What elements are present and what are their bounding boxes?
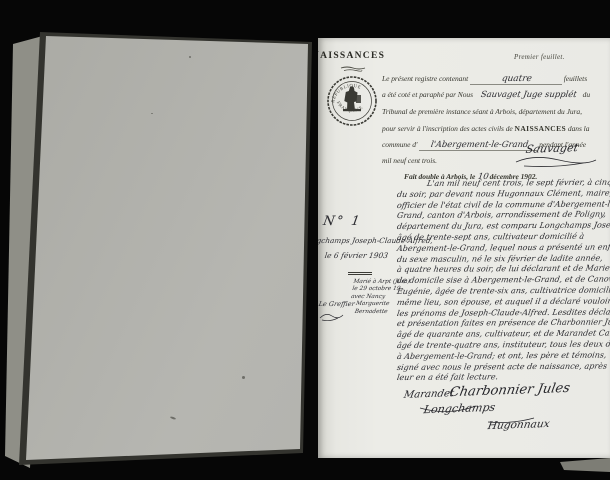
form-line-2: a été coté et paraphé par Nous Sauvaget … [382,90,590,100]
form-line-2-text: a été coté et paraphé par Nous [382,90,473,99]
paper-speck [242,376,245,379]
act-line: Abergement-le-Grand, lequel nous a prése… [396,242,610,254]
margin-clerk-label: Le Greffier [318,300,355,308]
folio-count-handwritten: quatre [501,74,532,84]
judge-name-handwritten: Sauvaget Juge supplét [480,90,577,100]
act-line: à Abergement-le-Grand; et ont, les père … [396,350,607,362]
form-line-4: pour servir à l'inscription des actes ci… [382,124,589,133]
form-line-6: mil neuf cent trois. [382,156,437,165]
form-line-1-suffix: feuillets [564,74,587,83]
folio-label: Premier feuillet. [514,53,565,61]
commune-handwritten: l'Abergement-le-Grand [430,140,529,150]
register-title: NAISSANCES [318,51,385,61]
margin-divider [348,272,372,275]
act-number: N° 1 [322,214,363,229]
form-line-1: Le présent registre contenant quatre feu… [382,74,587,85]
form-line-3: Tribunal de première instance séant à Ar… [382,107,582,116]
act-line: leur en a été fait lecture. [396,373,499,385]
clerk-signature-flourish [318,310,344,322]
act-line: signé avec nous le présent acte de naiss… [396,361,610,373]
act-line: même lieu, son épouse, et auquel il a dé… [396,296,610,309]
form-line-4-naissances: NAISSANCES [515,124,567,133]
act-line: du soir, par devant nous Hugonnaux Cléme… [396,188,610,200]
form-line-5-text: commune d' [382,140,417,149]
form-line-4-text: pour servir à l'inscription des actes ci… [382,124,515,133]
form-line-1-text: Le présent registre contenant [382,74,468,83]
paper-speck [151,113,153,114]
bottom-page-edge [558,458,610,472]
signatures-flourish [418,394,538,424]
judge-signature-flourish [514,154,598,168]
margin-birth-date: le 6 février 1903 [324,251,389,260]
form-line-2-suffix: du [583,90,590,99]
paper-speck [189,56,191,58]
official-seal: RÉPUBLIQUE FRANÇAISE [326,75,378,127]
right-record-page: NAISSANCES Premier feuillet. RÉPUBLIQUE … [318,38,610,458]
title-flourish [340,66,366,72]
form-line-4-suffix: dans la [566,124,589,133]
book-scan: NAISSANCES Premier feuillet. RÉPUBLIQUE … [0,0,610,480]
